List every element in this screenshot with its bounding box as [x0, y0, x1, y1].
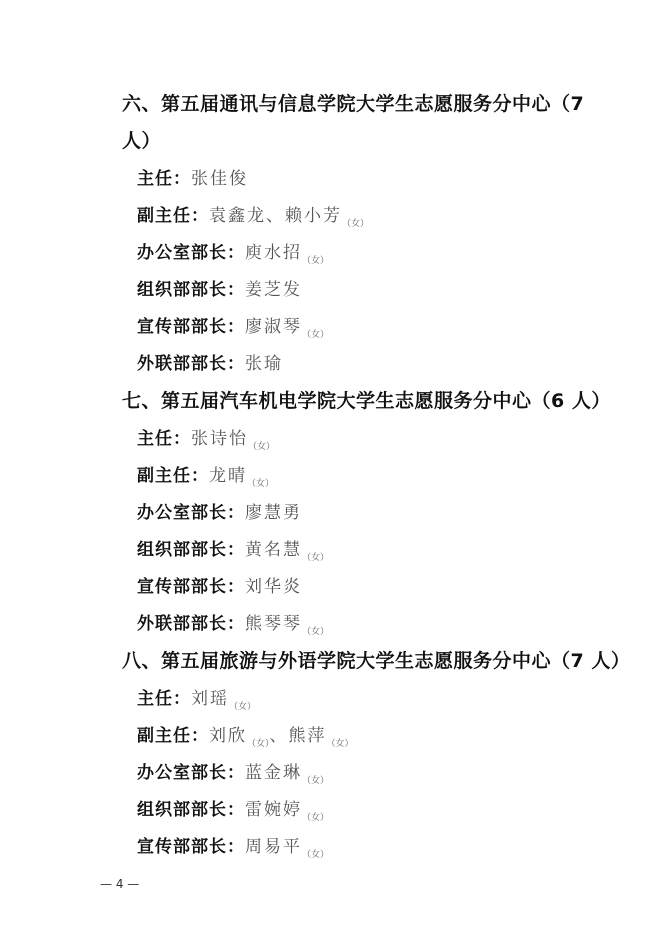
person-name-2: 、熊萍 [270, 726, 327, 746]
role-label: 副主任： [137, 726, 209, 746]
person-name: 龙晴 [209, 466, 247, 486]
gender-note-2: （女） [327, 739, 354, 749]
role-label: 组织部部长： [137, 280, 245, 300]
section-6-heading-cont: 人） [122, 130, 161, 152]
person-name: 刘欣 [209, 726, 247, 746]
person-name: 张诗怡 [191, 429, 248, 449]
document-page: 六、第五届通讯与信息学院大学生志愿服务分中心（7 人） 主任：张佳俊 副主任：袁… [0, 0, 667, 946]
person-name: 姜芝发 [245, 280, 302, 300]
entry-row: 办公室部长：庾水招（女） [137, 242, 329, 272]
role-label: 组织部部长： [137, 540, 245, 560]
person-name: 廖淑琴 [245, 317, 302, 337]
entry-row: 主任：张诗怡（女） [137, 428, 275, 458]
entry-row: 组织部部长：姜芝发 [137, 279, 302, 309]
gender-note: （女） [229, 702, 256, 712]
gender-note: （女） [302, 850, 329, 860]
entry-row: 宣传部部长：周易平（女） [137, 836, 329, 866]
entry-row: 组织部部长：黄名慧（女） [137, 539, 329, 569]
role-label: 外联部部长： [137, 354, 245, 374]
person-name: 刘瑶 [191, 689, 229, 709]
entry-row: 办公室部长：蓝金琳（女） [137, 762, 329, 792]
role-label: 主任： [137, 429, 191, 449]
person-name: 雷婉婷 [245, 800, 302, 820]
role-label: 办公室部长： [137, 503, 245, 523]
gender-note: （女） [302, 813, 329, 823]
gender-note: （女） [302, 256, 329, 266]
role-label: 宣传部部长： [137, 317, 245, 337]
section-6-heading: 六、第五届通讯与信息学院大学生志愿服务分中心（7 [122, 93, 584, 115]
gender-note: （女） [247, 479, 274, 489]
role-label: 主任： [137, 689, 191, 709]
role-label: 办公室部长： [137, 763, 245, 783]
entry-row: 宣传部部长：刘华炎 [137, 576, 302, 606]
person-name: 黄名慧 [245, 540, 302, 560]
gender-note: （女） [302, 553, 329, 563]
entry-row: 主任：刘瑶（女） [137, 688, 256, 718]
person-name: 蓝金琳 [245, 763, 302, 783]
entry-row: 办公室部长：廖慧勇 [137, 502, 302, 532]
entry-row: 主任：张佳俊 [137, 168, 248, 198]
role-label: 宣传部部长： [137, 837, 245, 857]
role-label: 宣传部部长： [137, 577, 245, 597]
person-name: 周易平 [245, 837, 302, 857]
gender-note: （女） [302, 330, 329, 340]
entry-row: 副主任：龙晴（女） [137, 465, 274, 495]
entry-row: 外联部部长：熊琴琴（女） [137, 613, 329, 643]
entry-row: 宣传部部长：廖淑琴（女） [137, 316, 329, 346]
gender-note: （女） [247, 739, 270, 749]
role-label: 主任： [137, 169, 191, 189]
entry-row: 副主任：袁鑫龙、赖小芳（女） [137, 205, 369, 235]
person-name: 熊琴琴 [245, 614, 302, 634]
role-label: 外联部部长： [137, 614, 245, 634]
gender-note: （女） [248, 442, 275, 452]
person-name: 廖慧勇 [245, 503, 302, 523]
entry-row: 组织部部长：雷婉婷（女） [137, 799, 329, 829]
role-label: 副主任： [137, 466, 209, 486]
person-name: 袁鑫龙、赖小芳 [209, 206, 342, 226]
person-name: 刘华炎 [245, 577, 302, 597]
role-label: 办公室部长： [137, 243, 245, 263]
gender-note: （女） [342, 219, 369, 229]
person-name: 张佳俊 [191, 169, 248, 189]
section-8-heading: 八、第五届旅游与外语学院大学生志愿服务分中心（7 人） [122, 650, 630, 672]
person-name: 张瑜 [245, 354, 283, 374]
page-number: — 4 — [100, 877, 139, 891]
person-name: 庾水招 [245, 243, 302, 263]
entry-row: 外联部部长：张瑜 [137, 353, 283, 383]
gender-note: （女） [302, 776, 329, 786]
role-label: 组织部部长： [137, 800, 245, 820]
role-label: 副主任： [137, 206, 209, 226]
section-7-heading: 七、第五届汽车机电学院大学生志愿服务分中心（6 人） [122, 390, 611, 412]
gender-note: （女） [302, 627, 329, 637]
entry-row: 副主任：刘欣（女）、熊萍（女） [137, 725, 354, 755]
